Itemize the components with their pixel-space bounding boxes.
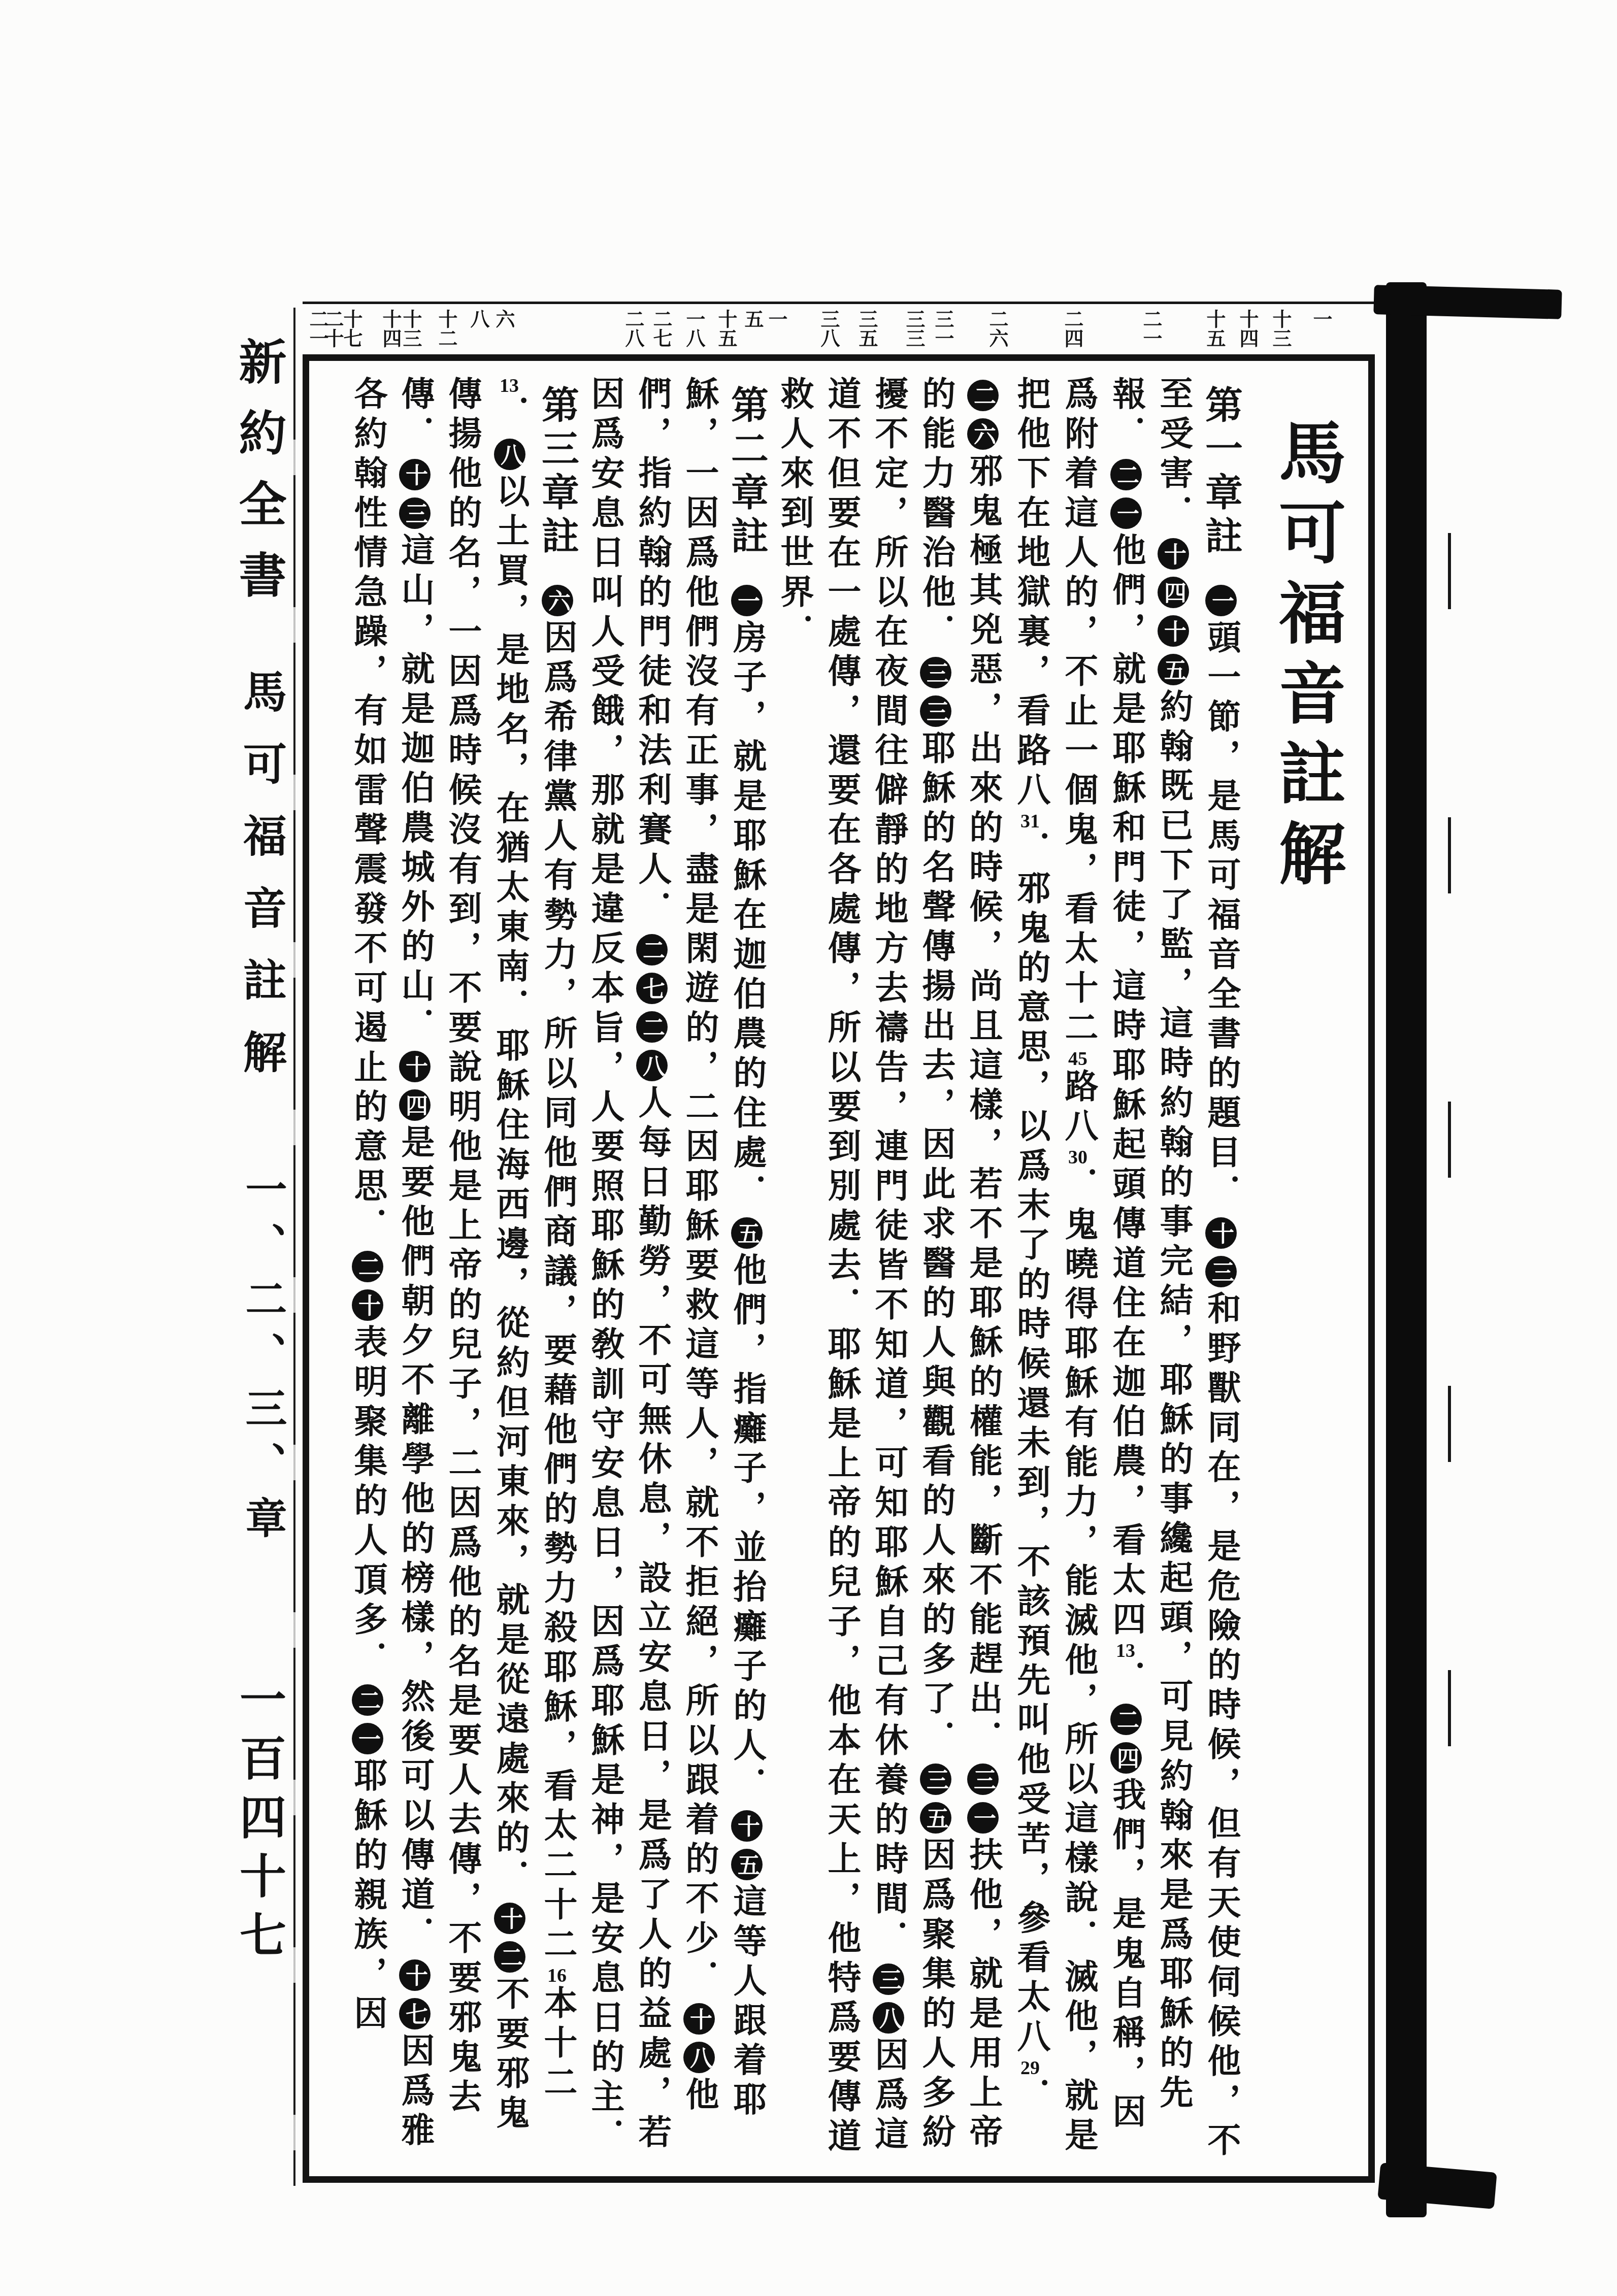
verse-marker: 三八 bbox=[870, 1960, 907, 2037]
note-text: 這山，就是迦伯農城外的山． bbox=[396, 533, 433, 1047]
note-text: ．邪鬼的意思，以爲末了的時候還未到，不該預先叫他受苦，參看太八 bbox=[1012, 831, 1049, 2058]
verse-marker: 二十 bbox=[349, 1247, 386, 1324]
note-text: 頭一節，是馬可福音全書的題目． bbox=[1202, 620, 1239, 1214]
verse-marker-circle: 一 bbox=[731, 585, 763, 616]
margin-verse-ref: 八 bbox=[468, 309, 488, 328]
verse-marker-circle: 二 bbox=[1110, 1704, 1142, 1735]
verse-marker-circle: 十 bbox=[399, 459, 431, 490]
verse-marker-circle: 十 bbox=[1158, 615, 1189, 647]
margin-verse-ref: 十三 bbox=[400, 309, 420, 348]
margin-verse-ref: 二六 bbox=[986, 309, 1007, 348]
verse-marker: 十四 bbox=[1154, 535, 1192, 612]
note-text: 以土買，是地名，在猶太東南．耶穌住海西邊，從約但河東來，就是從遠處來的． bbox=[491, 474, 528, 1899]
margin-verse-ref: 二四 bbox=[1062, 309, 1082, 348]
verse-marker-circle: 十 bbox=[683, 2003, 715, 2035]
verse-marker-circle: 三 bbox=[873, 1964, 904, 1995]
verse-marker: 十五 bbox=[728, 1807, 765, 1884]
verse-marker: 三一 bbox=[964, 1760, 1001, 1837]
verse-marker-circle: 十 bbox=[1205, 1217, 1237, 1249]
verse-marker-circle: 三 bbox=[399, 497, 431, 529]
verse-marker-circle: 八 bbox=[873, 2002, 904, 2034]
margin-verse-ref: 二一 bbox=[307, 309, 327, 348]
verse-marker-circle: 十 bbox=[1158, 538, 1189, 570]
note-text: 耶穌的名聲傳揚出去，因此求醫的人與觀看的人來的多了． bbox=[917, 730, 954, 1760]
verse-marker-circle: 一 bbox=[967, 1802, 999, 1834]
verse-marker-circle: 五 bbox=[920, 1802, 951, 1834]
margin-verse-ref: 十二 bbox=[436, 309, 456, 348]
verse-marker-circle: 八 bbox=[683, 2042, 715, 2073]
verse-marker-circle: 二 bbox=[636, 1011, 668, 1043]
verse-marker-circle: 四 bbox=[1158, 577, 1189, 608]
verse-marker-circle: 十 bbox=[731, 1810, 763, 1842]
book-title: 新約全書 bbox=[233, 337, 292, 621]
verse-marker: 一 bbox=[1202, 581, 1239, 620]
verse-marker-circle: 七 bbox=[399, 1998, 431, 2029]
verse-marker-circle: 二 bbox=[494, 1941, 525, 1973]
scan-smudge-top bbox=[1373, 285, 1562, 319]
verse-marker-circle: 二 bbox=[967, 380, 999, 411]
verse-marker-circle: 二 bbox=[1110, 459, 1142, 490]
note-text: 他們，指癱子，並抬癱子的人． bbox=[728, 1252, 765, 1807]
verse-marker: 十三 bbox=[1202, 1214, 1239, 1291]
verse-marker-circle: 五 bbox=[1158, 654, 1189, 685]
verse-marker: 一 bbox=[728, 581, 765, 620]
note-text: ． bbox=[1012, 2078, 1049, 2117]
verse-marker-circle: 十 bbox=[494, 1903, 525, 1934]
scripture-ref-number: 31 bbox=[1019, 812, 1041, 831]
margin-verse-ref: 十四 bbox=[1237, 309, 1257, 348]
scripture-ref-number: 45 bbox=[1067, 1049, 1088, 1069]
margin-verse-ref: 一 bbox=[766, 309, 786, 328]
margin-verse-ref: 三五 bbox=[856, 309, 876, 348]
verse-marker: 二一 bbox=[1107, 455, 1144, 533]
verse-marker-circle: 一 bbox=[352, 1723, 383, 1754]
verse-marker-circle: 一 bbox=[1110, 497, 1142, 529]
scan-noise-dashes bbox=[1448, 533, 1451, 1751]
note-text: 本十二 bbox=[539, 1985, 576, 2104]
scripture-ref-number: 13 bbox=[1115, 1641, 1136, 1660]
margin-verse-ref: 十五 bbox=[715, 309, 736, 348]
note-text: 邪鬼極其兇惡，出來的時候，尚且這樣，若不是耶穌的權能，斷不能趕出． bbox=[964, 453, 1001, 1760]
text-frame: 馬可福音註解 第一章註一頭一節，是馬可福音全書的題目．十三和野獸同在，是危險的時… bbox=[303, 354, 1375, 2183]
scan-gutter-shadow bbox=[1386, 282, 1427, 2217]
scripture-ref-number: 16 bbox=[546, 1966, 568, 1985]
verse-marker-circle: 十 bbox=[399, 1959, 431, 1991]
verse-marker-circle: 五 bbox=[731, 1217, 763, 1249]
verse-marker: 二一 bbox=[349, 1681, 386, 1758]
verse-marker: 三三 bbox=[917, 653, 954, 730]
verse-marker-circle: 八 bbox=[494, 439, 525, 470]
gospel-title: 馬可福音註解 bbox=[233, 669, 292, 1102]
verse-marker-circle: 十 bbox=[399, 1051, 431, 1082]
note-text: 因爲希律黨人有勢力，所以同他們商議，要藉他們的勢力殺耶穌，看太二十二 bbox=[539, 620, 576, 1966]
verse-marker-circle: 三 bbox=[920, 1763, 951, 1795]
margin-verse-ref: 二八 bbox=[622, 309, 643, 348]
verse-marker: 十四 bbox=[396, 1047, 433, 1124]
margin-verse-ref: 三三 bbox=[903, 309, 923, 348]
verse-marker-circle: 四 bbox=[1110, 1742, 1142, 1774]
verse-marker-circle: 七 bbox=[636, 973, 668, 1004]
section-heading: 第三章註 bbox=[536, 385, 578, 560]
verse-marker: 十三 bbox=[396, 455, 433, 533]
verse-marker: 二四 bbox=[1107, 1700, 1144, 1777]
verse-marker-circle: 三 bbox=[967, 1763, 999, 1795]
verse-marker-circle: 三 bbox=[920, 695, 951, 727]
margin-verse-ref: 二一 bbox=[1140, 309, 1161, 348]
verse-marker: 五 bbox=[728, 1214, 765, 1252]
margin-verse-ref: 一 bbox=[1310, 309, 1331, 328]
verse-marker-circle: 三 bbox=[1205, 1256, 1237, 1287]
margin-verse-ref: 六 bbox=[493, 309, 513, 328]
verse-marker: 十八 bbox=[680, 2000, 717, 2077]
verse-marker: 六 bbox=[539, 581, 576, 620]
margin-verse-ref: 三八 bbox=[818, 309, 838, 348]
chapters-label: 一、二、三、章 bbox=[233, 1168, 292, 1551]
verse-marker-circle: 六 bbox=[967, 418, 999, 450]
margin-verse-ref: 一八 bbox=[683, 309, 704, 348]
margin-verse-ref: 十五 bbox=[1204, 309, 1224, 348]
scanned-book-page: 新約全書 馬可福音註解 一、二、三、章 一百四十七 一十三十四十五二一二四二六三… bbox=[0, 0, 1617, 2296]
verse-marker-circle: 一 bbox=[1205, 585, 1237, 616]
verse-marker-circle: 四 bbox=[399, 1089, 431, 1121]
page-number: 一百四十七 bbox=[233, 1675, 292, 1970]
verse-marker: 十二 bbox=[491, 1899, 528, 1976]
note-text: 他們，就是耶穌和門徒，這時耶穌起頭傳道住在迦伯農，看太四 bbox=[1107, 533, 1144, 1641]
verse-marker-circle: 五 bbox=[731, 1849, 763, 1880]
verse-marker-circle: 二 bbox=[352, 1684, 383, 1716]
verse-marker-circle: 三 bbox=[920, 657, 951, 688]
verse-marker-circle: 二 bbox=[636, 934, 668, 966]
margin-verse-ref: 十四 bbox=[380, 309, 400, 348]
note-text: 路八 bbox=[1060, 1069, 1097, 1148]
verse-marker: 二八 bbox=[633, 1008, 670, 1085]
note-text: 房子，就是耶穌在迦伯農的住處． bbox=[728, 620, 765, 1214]
note-text: 是要他們朝夕不離學他的榜樣，然後可以傳道． bbox=[396, 1124, 433, 1956]
margin-verse-ref: 十七 bbox=[341, 309, 361, 348]
verse-marker: 三五 bbox=[917, 1760, 954, 1837]
note-text: ． bbox=[1107, 1660, 1144, 1700]
verse-reference-margin: 一十三十四十五二一二四二六三一三三三五三八一五十五一八二七二八六八十二十三十四十… bbox=[303, 302, 1375, 357]
verse-marker-circle: 六 bbox=[542, 585, 573, 616]
commentary-title: 馬可福音註解 bbox=[1258, 418, 1354, 899]
verse-marker-circle: 八 bbox=[636, 1050, 668, 1081]
verse-marker-circle: 十 bbox=[352, 1289, 383, 1321]
section-heading: 第一章註 bbox=[1200, 385, 1241, 560]
note-text: 耶穌的親族，因 bbox=[349, 1758, 386, 2035]
commentary-text-flow: 第一章註一頭一節，是馬可福音全書的題目．十三和野獸同在，是危險的時候，但有天使伺… bbox=[318, 376, 1244, 2162]
scripture-ref-number: 13 bbox=[499, 376, 520, 395]
verse-marker: 十七 bbox=[396, 1956, 433, 2033]
margin-verse-ref: 二七 bbox=[650, 309, 671, 348]
verse-marker: 十五 bbox=[1154, 612, 1192, 689]
margin-verse-ref: 十三 bbox=[1270, 309, 1290, 348]
margin-verse-ref: 三一 bbox=[932, 309, 952, 348]
verse-marker-circle: 二 bbox=[352, 1251, 383, 1282]
verse-marker: 八 bbox=[491, 435, 528, 474]
note-text: ． bbox=[491, 395, 528, 435]
scripture-ref-number: 29 bbox=[1019, 2058, 1041, 2078]
note-text: 表明聚集的人頂多． bbox=[349, 1324, 386, 1681]
verse-marker: 二七 bbox=[633, 930, 670, 1008]
sidebar-divider-rule bbox=[293, 308, 295, 2186]
verse-marker: 二六 bbox=[964, 376, 1001, 453]
scripture-ref-number: 30 bbox=[1067, 1148, 1088, 1167]
margin-verse-ref: 五 bbox=[742, 309, 762, 328]
section-heading: 第二章註 bbox=[725, 385, 767, 560]
